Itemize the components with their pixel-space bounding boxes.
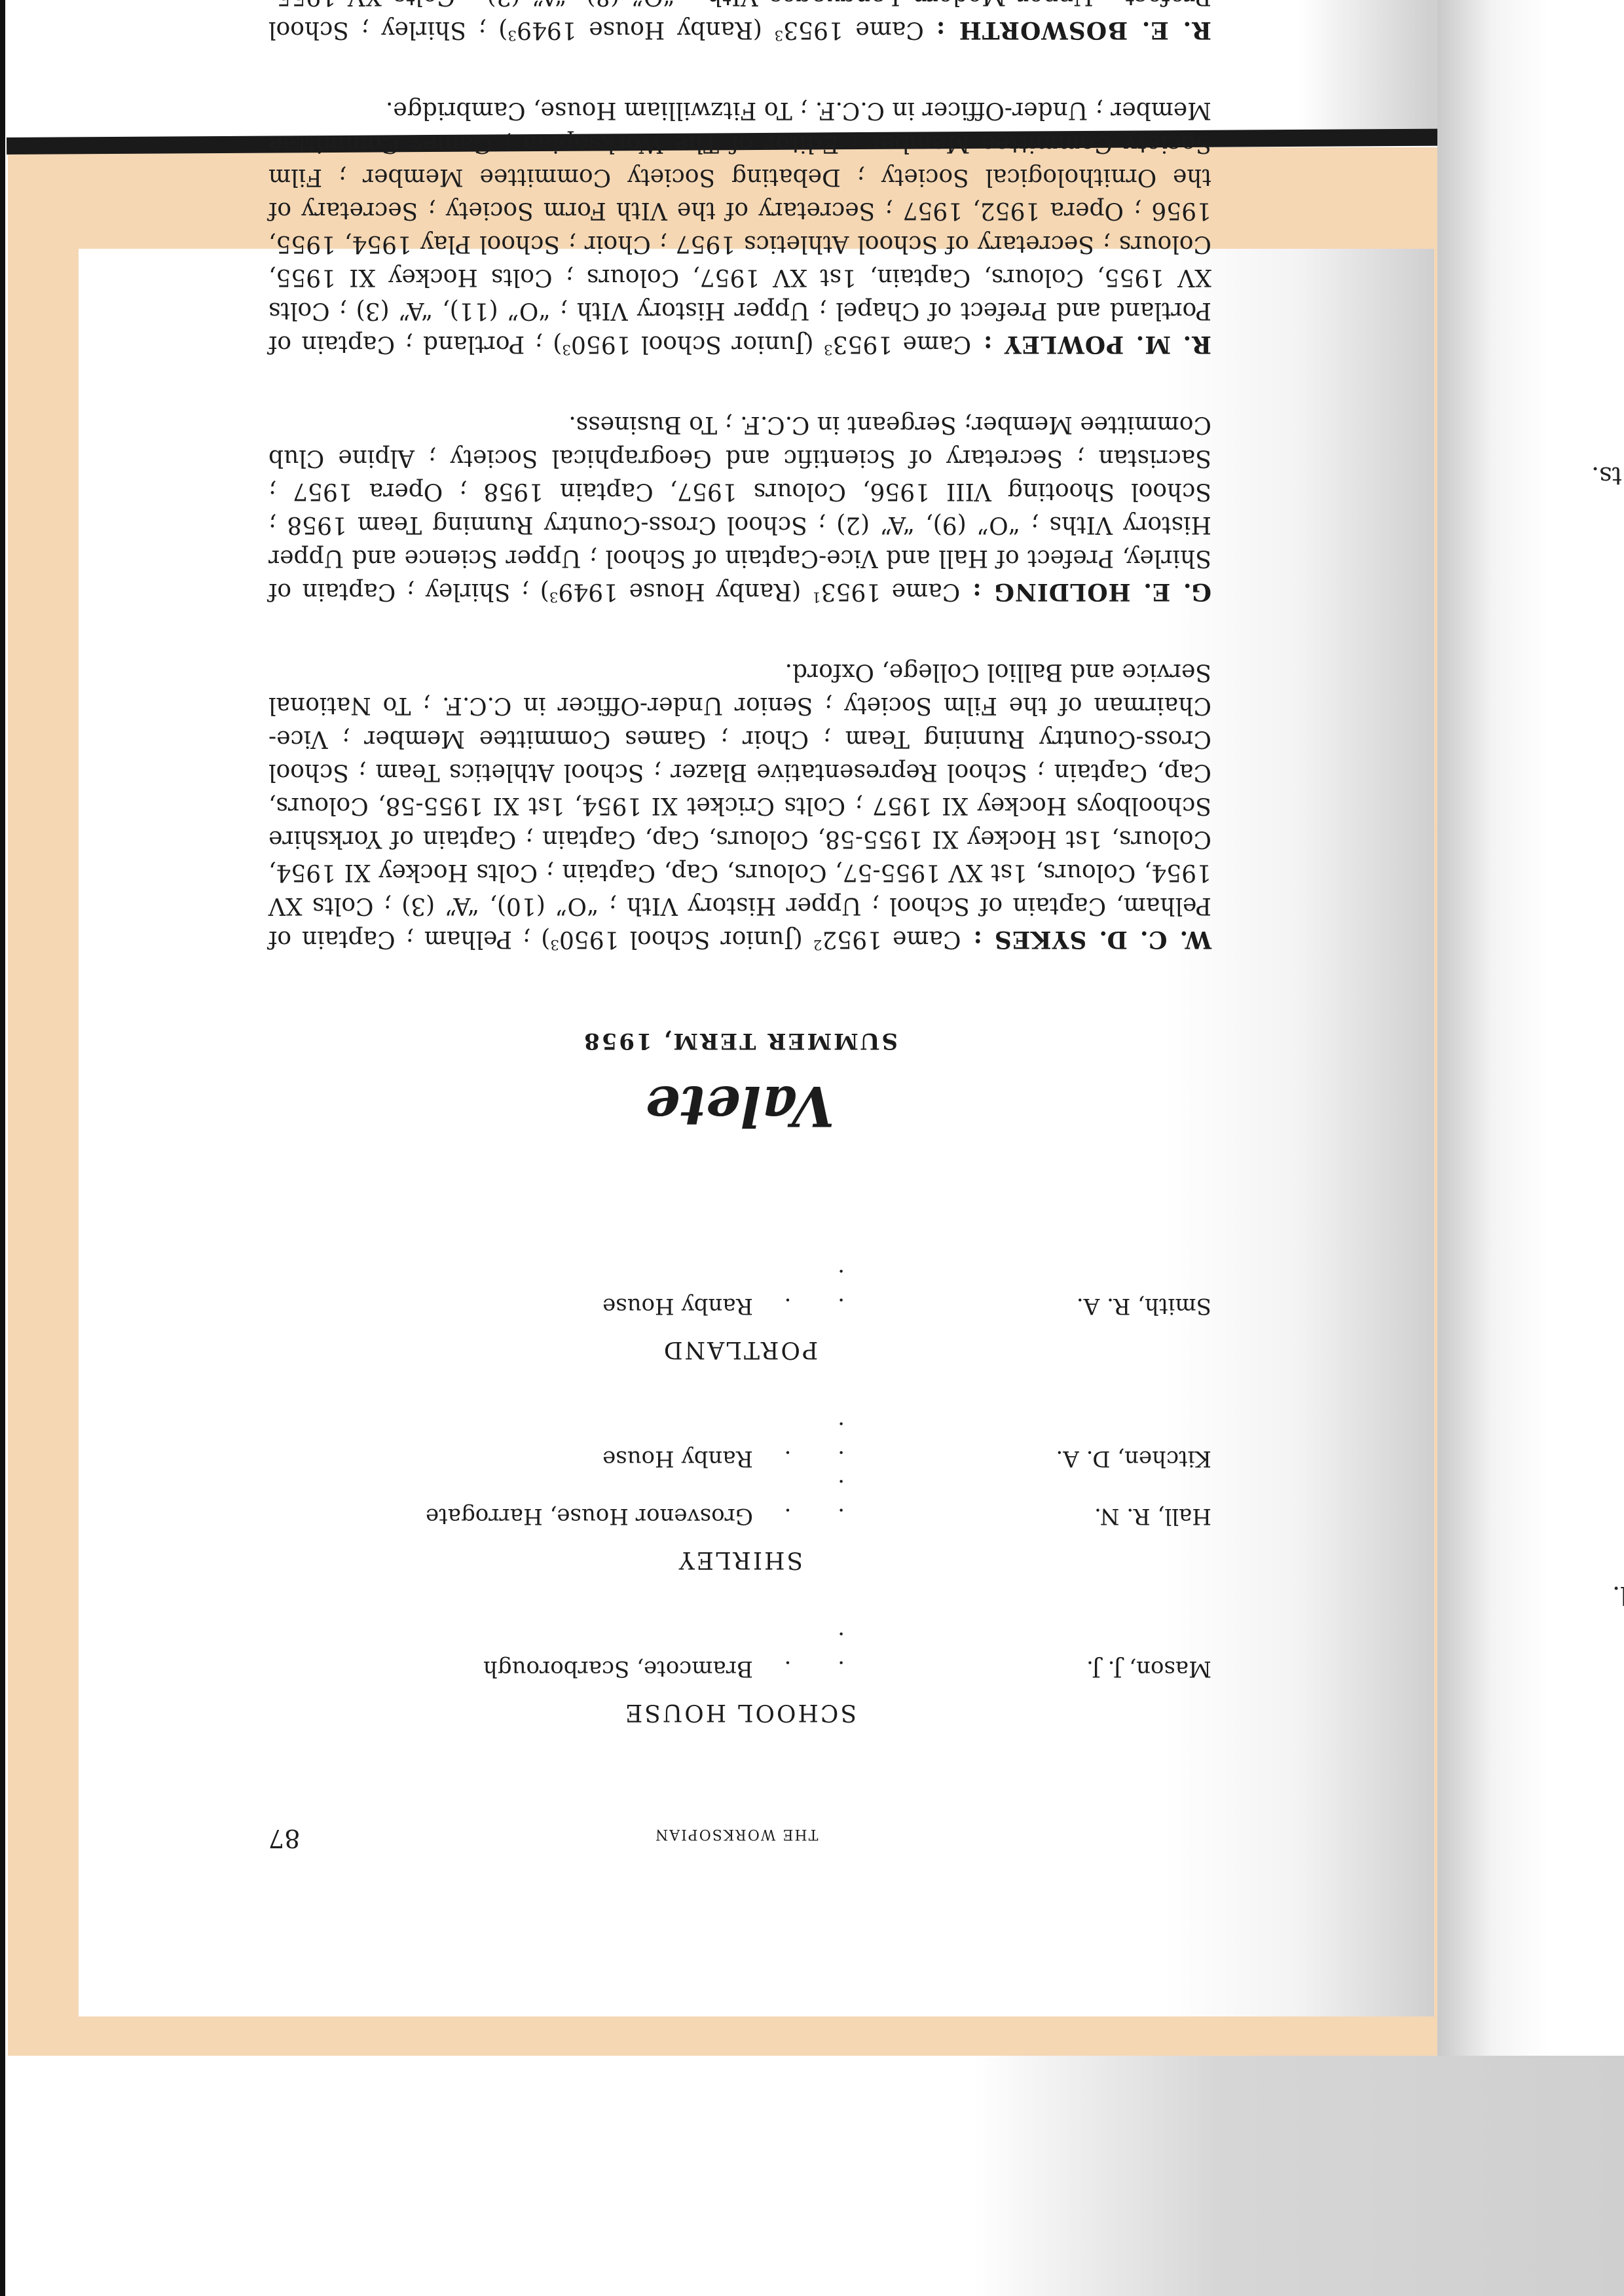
house-heading: SCHOOL HOUSE — [268, 1699, 1211, 1726]
leaver-name: Hall, R. N. — [845, 1473, 1211, 1531]
leaver-destination: Bramcote, Scarborough — [268, 1626, 753, 1683]
valete-entry: R. M. POWLEY :Came 19533 (Junior School … — [268, 94, 1211, 361]
leaver-full-name: R. M. POWLEY : — [983, 331, 1211, 358]
leaver-row: Kitchen, D. A. . . . Ranby House — [268, 1415, 1211, 1473]
section-title: Valete — [268, 1074, 1211, 1139]
printed-page: THE WORKSOPIAN 87 SCHOOL HOUSE Mason, J.… — [79, 249, 1434, 2016]
leaver-name: Mason, J. J. — [845, 1626, 1211, 1683]
leaver-destination: Ranby House — [268, 1415, 753, 1473]
leaver-row: Mason, J. J. . . . Bramcote, Scarborough — [268, 1626, 1211, 1683]
house-heading: SHIRLEY — [268, 1546, 1211, 1573]
adjacent-page-fragment: ts. — [1591, 462, 1622, 490]
leaver-full-name: W. C. D. SYKES : — [973, 926, 1211, 953]
house-heading: PORTLAND — [268, 1336, 1211, 1363]
leavers-list: SCHOOL HOUSE Mason, J. J. . . . Bramcote… — [268, 1263, 1211, 1726]
leaver-destination: Ranby House — [268, 1263, 753, 1321]
valete-entry: W. C. D. SYKES :Came 19522 (Junior Schoo… — [268, 655, 1211, 956]
leaver-full-name: G. E. HOLDING : — [972, 578, 1211, 606]
section-subtitle: SUMMER TERM, 1958 — [268, 1028, 1211, 1054]
leaver-name: Kitchen, D. A. — [845, 1415, 1211, 1473]
leader-dots: . . . — [753, 1626, 845, 1683]
valete-entry: R. E. BOSWORTH :Came 19533 (Ranby House … — [268, 0, 1211, 46]
leaver-destination: Grosvenor House, Harrogate — [268, 1473, 753, 1531]
leaver-row: Hall, R. N. . . . Grosvenor House, Harro… — [268, 1473, 1211, 1531]
leader-dots: . . . — [753, 1473, 845, 1531]
page-content: THE WORKSOPIAN 87 SCHOOL HOUSE Mason, J.… — [268, 0, 1211, 1853]
valete-entries: W. C. D. SYKES :Came 19522 (Junior Schoo… — [268, 0, 1211, 956]
leaver-name: Smith, R. A. — [845, 1263, 1211, 1321]
leaver-full-name: R. E. BOSWORTH : — [936, 16, 1211, 44]
scanner-edge — [0, 0, 5, 2296]
leader-dots: . . . — [753, 1263, 845, 1321]
scanner-background-bottom — [0, 2056, 1624, 2296]
running-title: THE WORKSOPIAN — [300, 1826, 1172, 1842]
valete-entry: G. E. HOLDING :Came 19531 (Ranby House 1… — [268, 408, 1211, 608]
leaver-row: Smith, R. A. . . . Ranby House — [268, 1263, 1211, 1321]
running-header: THE WORKSOPIAN 87 — [268, 1824, 1211, 1853]
leader-dots: . . . — [753, 1415, 845, 1473]
adjacent-page — [1437, 0, 1624, 2296]
adjacent-page-fragment: l. — [1612, 1581, 1624, 1610]
page-number: 87 — [268, 1824, 300, 1853]
